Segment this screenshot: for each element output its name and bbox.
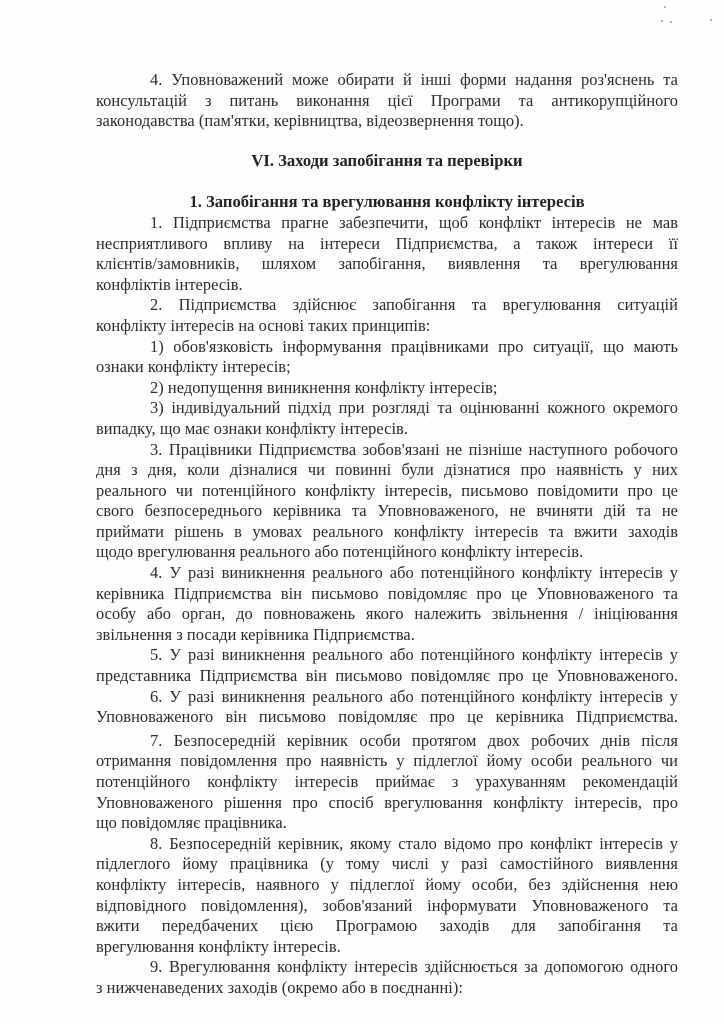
subsection-heading: 1. Запобігання та врегулювання конфлікту… (96, 192, 678, 213)
paragraph-9: 9. Врегулювання конфлікту інтересів здій… (96, 957, 678, 998)
text-line: 4. Уповноважений може обирати й інші фор… (96, 70, 678, 91)
paragraph-6: 6. У разі виникнення реального або потен… (96, 687, 678, 728)
text-line: свого безпосереднього керівника та Уповн… (96, 501, 678, 522)
text-line: конфлікту інтересів на основі таких прин… (96, 316, 678, 337)
scanned-page: 4. Уповноважений може обирати й інші фор… (0, 0, 724, 1024)
text-line: 3. Працівники Підприємства зобов'язані н… (96, 440, 678, 461)
text-line: законодавства (пам'ятки, керівництва, ві… (96, 111, 678, 132)
text-line: керівника Підприємства він письмово пові… (96, 584, 678, 605)
text-line: особу або орган, до повноважень якого на… (96, 604, 678, 625)
text-line: потенційного конфлікту інтересів приймає… (96, 772, 678, 793)
paragraph-8: 8. Безпосередній керівник, якому стало в… (96, 834, 678, 958)
paragraph-3: 3. Працівники Підприємства зобов'язані н… (96, 440, 678, 564)
scan-speck (670, 21, 672, 23)
text-line: що повідомляє працівника. (96, 813, 678, 834)
text-line: реального чи потенційного конфлікту інте… (96, 481, 678, 502)
text-line: підлеглого йому працівника (у тому числі… (96, 854, 678, 875)
paragraph-consultation-forms: 4. Уповноважений може обирати й інші фор… (96, 70, 678, 132)
text-line: 4. У разі виникнення реального або потен… (96, 563, 678, 584)
text-line: 1. Підприємства прагне забезпечити, щоб … (96, 213, 678, 234)
text-line: консультацій з питань виконання цієї Про… (96, 91, 678, 112)
text-line: щодо врегулювання реального або потенцій… (96, 542, 678, 563)
scan-speck (710, 19, 712, 21)
text-line: ознаки конфлікту інтересів; (96, 357, 678, 378)
scan-speck (661, 20, 663, 22)
text-line: 1) обов'язковість інформування працівник… (96, 337, 678, 358)
paragraph-4: 4. У разі виникнення реального або потен… (96, 563, 678, 645)
text-line: врегулювання конфлікту інтересів. (96, 937, 678, 958)
text-line: відповідного повідомлення), зобов'язаний… (96, 896, 678, 917)
paragraph-2: 2. Підприємства здійснює запобігання та … (96, 295, 678, 336)
text-line: вжити передбачених цією Програмою заході… (96, 916, 678, 937)
text-line: конфліктів інтересів. (96, 275, 678, 296)
paragraph-5: 5. У разі виникнення реального або потен… (96, 645, 678, 686)
text-line: 9. Врегулювання конфлікту інтересів здій… (96, 957, 678, 978)
text-line: 2. Підприємства здійснює запобігання та … (96, 295, 678, 316)
principle-3: 3) індивідуальний підхід при розгляді та… (96, 398, 678, 439)
text-line: приймати рішень в умовах реального конфл… (96, 522, 678, 543)
text-line: 6. У разі виникнення реального або потен… (96, 687, 678, 708)
text-line: 5. У разі виникнення реального або потен… (96, 645, 678, 666)
text-line: несприятливого впливу на інтереси Підпри… (96, 234, 678, 255)
text-line: 3) індивідуальний підхід при розгляді та… (96, 398, 678, 419)
section-heading: VI. Заходи запобігання та перевірки (96, 151, 678, 172)
text-line: клієнтів/замовників, шляхом запобігання,… (96, 254, 678, 275)
text-line: звільнення з посади керівника Підприємст… (96, 625, 678, 646)
text-line: дня з дня, коли дізналися чи повинні бул… (96, 460, 678, 481)
text-line: представника Підприємства він письмово п… (96, 666, 678, 687)
text-line: Уповноваженого він письмово повідомляє п… (96, 707, 678, 728)
scan-speck (664, 6, 666, 8)
text-line: отримання повідомлення про наявність у п… (96, 751, 678, 772)
text-line: 8. Безпосередній керівник, якому стало в… (96, 834, 678, 855)
text-line: з нижченаведених заходів (окремо або в п… (96, 978, 678, 999)
text-line: випадку, що має ознаки конфлікту інтерес… (96, 419, 678, 440)
document-body: 4. Уповноважений може обирати й інші фор… (96, 70, 678, 999)
paragraph-7: 7. Безпосередній керівник особи протягом… (96, 731, 678, 834)
text-line: 7. Безпосередній керівник особи протягом… (96, 731, 678, 752)
text-line: конфлікту інтересів, наявного у підлегло… (96, 875, 678, 896)
principle-2: 2) недопущення виникнення конфлікту інте… (96, 378, 678, 399)
paragraph-1: 1. Підприємства прагне забезпечити, щоб … (96, 213, 678, 295)
text-line: Уповноваженого рішення про спосіб врегул… (96, 793, 678, 814)
text-line: 2) недопущення виникнення конфлікту інте… (96, 378, 678, 399)
principle-1: 1) обов'язковість інформування працівник… (96, 337, 678, 378)
